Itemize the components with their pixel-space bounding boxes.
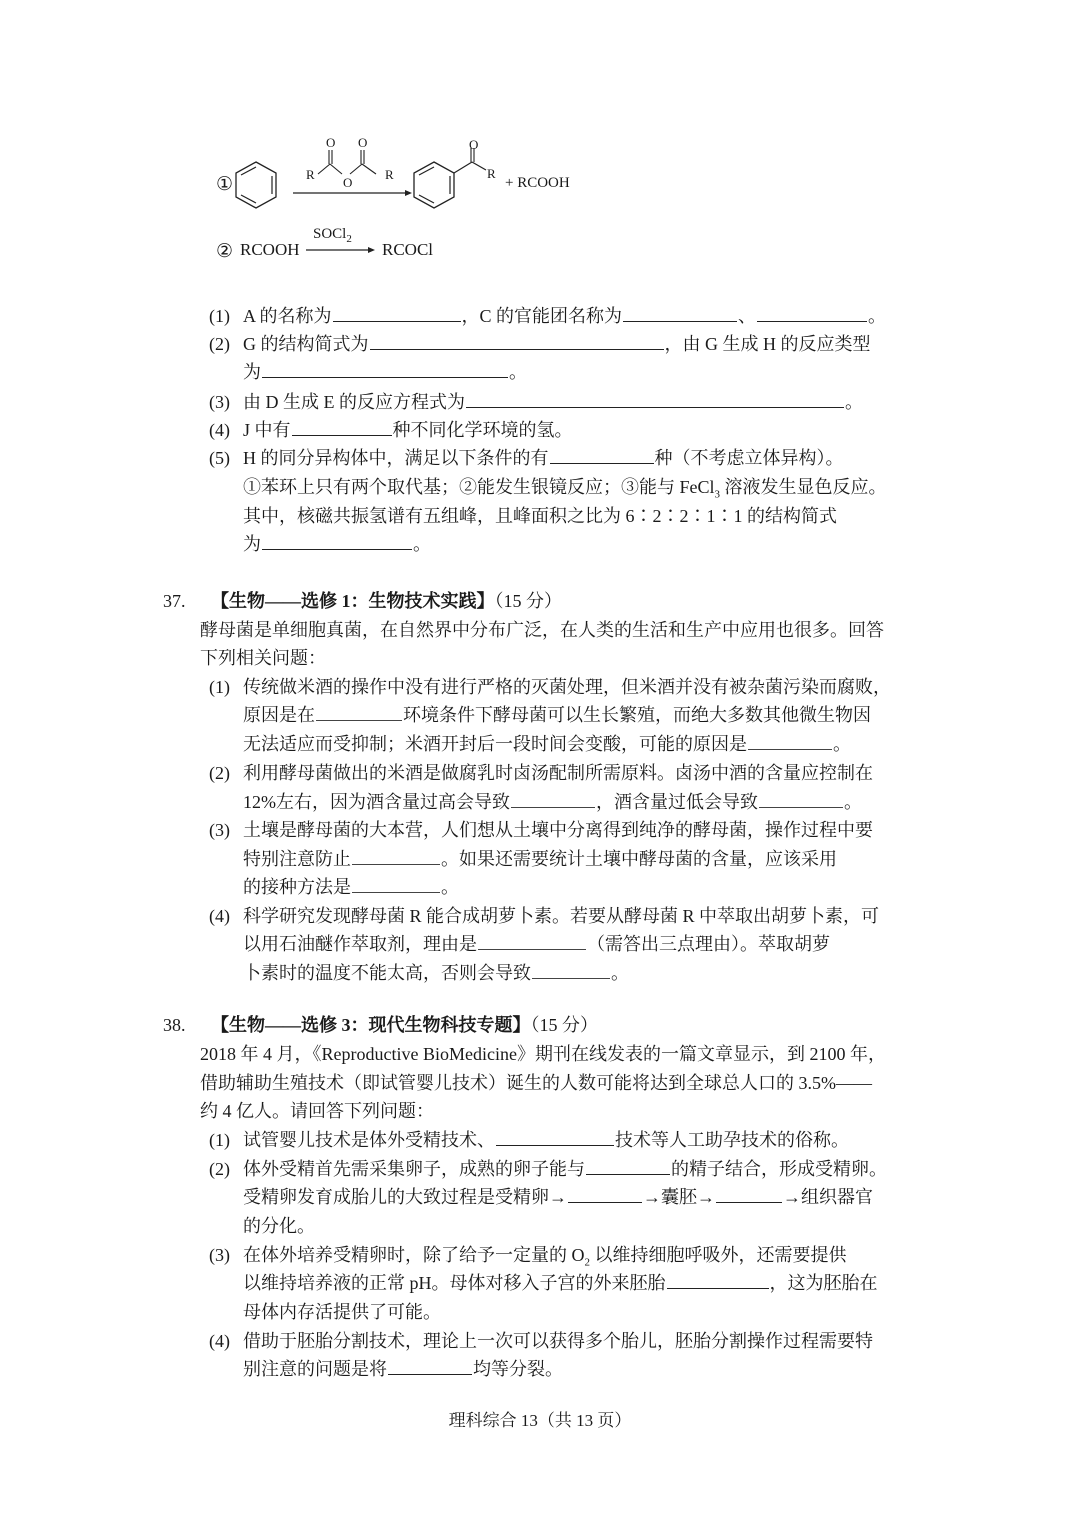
q37-part-2: (2)利用酵母菌做出的米酒是做腐乳时卤汤配制所需原料。卤汤中酒的含量应控制在 <box>209 760 873 786</box>
answer-blank[interactable] <box>667 1270 769 1289</box>
q37-intro: 酵母菌是单细胞真菌，在自然界中分布广泛，在人类的生活和生产中应用也很多。回答 <box>200 617 884 643</box>
product-o: O <box>469 137 478 153</box>
q36-part-5-answer: 为。 <box>243 531 431 557</box>
q38-part-3-l2: 以维持培养液的正常 pH。母体对移入子宫的外来胚胎，这为胚胎在 <box>243 1270 878 1296</box>
reagent-o-1: O <box>326 135 335 151</box>
q36-part-5-nmr: 其中，核磁共振氢谱有五组峰，且峰面积之比为 6∶2∶2∶1∶1 的结构简式 <box>243 503 837 529</box>
answer-blank[interactable] <box>478 931 586 950</box>
q36-part-5-conditions: ①苯环上只有两个取代基；②能发生银镜反应；③能与 FeCl3 溶液发生显色反应。 <box>243 474 887 500</box>
benzene-ring-icon <box>232 158 282 212</box>
answer-blank[interactable] <box>370 331 664 350</box>
answer-blank[interactable] <box>352 874 440 893</box>
arrow-icon <box>306 245 376 255</box>
product-r: R <box>487 166 496 182</box>
reagent-r-left: R <box>306 167 315 183</box>
reaction-1-marker: ① <box>216 173 233 196</box>
q38-intro-cont: 借助辅助生殖技术（即试管婴儿技术）诞生的人数可能将达到全球总人口的 3.5%—— <box>200 1070 872 1096</box>
q36-part-1: (1)A 的名称为，C 的官能团名称为、。 <box>209 303 886 329</box>
answer-blank[interactable] <box>568 1184 642 1203</box>
answer-blank[interactable] <box>466 389 844 408</box>
anhydride-reagent-icon <box>296 136 416 196</box>
reaction-2-marker: ② <box>216 240 233 263</box>
q38-part-2-l3: 的分化。 <box>243 1213 315 1239</box>
q38-part-2: (2)体外受精首先需采集卵子，成熟的卵子能与的精子结合，形成受精卵。 <box>209 1156 887 1182</box>
q38-intro-cont2: 约 4 亿人。请回答下列问题： <box>200 1098 434 1124</box>
q37-part-2-l2: 12%左右，因为酒含量过高会导致，酒含量过低会导致。 <box>243 789 862 815</box>
answer-blank[interactable] <box>496 1127 614 1146</box>
q37-part-1: (1)传统做米酒的操作中没有进行严格的灭菌处理，但米酒并没有被杂菌污染而腐败， <box>209 674 891 700</box>
q38-intro: 2018 年 4 月，《Reproductive BioMedicine》期刊在… <box>200 1041 886 1067</box>
q38-part-4: (4)借助于胚胎分割技术，理论上一次可以获得多个胎儿，胚胎分割操作过程需要特 <box>209 1328 873 1354</box>
q36-part-3: (3)由 D 生成 E 的反应方程式为。 <box>209 389 863 415</box>
q38-part-3-l3: 母体内存活提供了可能。 <box>243 1299 441 1325</box>
q38-title: 【生物——选修 3：现代生物科技专题】 <box>211 1015 531 1035</box>
q36-part-2: (2)G 的结构简式为，由 G 生成 H 的反应类型 <box>209 331 871 357</box>
q37-score: （15 分） <box>495 591 563 611</box>
answer-blank[interactable] <box>623 303 737 322</box>
q38-part-3: (3)在体外培养受精卵时，除了给予一定量的 O2 以维持细胞呼吸外，还需要提供 <box>209 1242 847 1268</box>
answer-blank[interactable] <box>748 731 832 750</box>
q38-part-1: (1)试管婴儿技术是体外受精技术、技术等人工助孕技术的俗称。 <box>209 1127 849 1153</box>
q37-intro-cont: 下列相关问题： <box>200 645 326 671</box>
q37-part-3-l2: 特别注意防止。如果还需要统计土壤中酵母菌的含量，应该采用 <box>243 846 837 872</box>
reaction-2-reagent: SOCl2 <box>313 226 352 245</box>
q37-part-3-l3: 的接种方法是。 <box>243 874 459 900</box>
answer-blank[interactable] <box>333 303 461 322</box>
reaction-2-product: RCOCl <box>382 240 433 260</box>
q37-part-4-l3: 卜素时的温度不能太高，否则会导致。 <box>243 960 629 986</box>
q38-part-4-l2: 别注意的问题是将均等分裂。 <box>243 1356 563 1382</box>
q36-part-4: (4)J 中有种不同化学环境的氢。 <box>209 417 573 443</box>
answer-blank[interactable] <box>759 789 843 808</box>
page-footer: 理科综合 13（共 13 页） <box>0 1406 1080 1431</box>
answer-blank[interactable] <box>352 846 440 865</box>
answer-blank[interactable] <box>586 1156 670 1175</box>
q37-part-4-l2: 以用石油醚作萃取剂，理由是（需答出三点理由）。萃取胡萝 <box>243 931 830 957</box>
q37-title: 【生物——选修 1：生物技术实践】 <box>211 591 495 611</box>
answer-blank[interactable] <box>532 960 610 979</box>
q37-part-3: (3)土壤是酵母菌的大本营，人们想从土壤中分离得到纯净的酵母菌，操作过程中要 <box>209 817 873 843</box>
answer-blank[interactable] <box>292 417 392 436</box>
q37-heading: 37.【生物——选修 1：生物技术实践】（15 分） <box>163 588 562 614</box>
q36-part-2-cont: 为。 <box>243 359 527 385</box>
answer-blank[interactable] <box>511 789 595 808</box>
q36-part-5: (5)H 的同分异构体中，满足以下条件的有种（不考虑立体异构）。 <box>209 445 844 471</box>
q37-part-1-l2: 原因是在环境条件下酵母菌可以生长繁殖，而绝大多数其他微生物因 <box>243 702 871 728</box>
arrow-icon <box>293 188 413 198</box>
q38-score: （15 分） <box>531 1015 599 1035</box>
answer-blank[interactable] <box>316 702 402 721</box>
byproduct: + RCOOH <box>505 175 570 192</box>
answer-blank[interactable] <box>716 1184 782 1203</box>
q37-part-4: (4)科学研究发现酵母菌 R 能合成胡萝卜素。若要从酵母菌 R 中萃取出胡萝卜素… <box>209 903 879 929</box>
answer-blank[interactable] <box>757 303 867 322</box>
answer-blank[interactable] <box>550 445 654 464</box>
q38-part-2-l2: 受精卵发育成胎儿的大致过程是受精卵→→囊胚→→组织器官 <box>243 1184 873 1210</box>
answer-blank[interactable] <box>388 1356 472 1375</box>
answer-blank[interactable] <box>262 531 412 550</box>
reagent-r-right: R <box>385 167 394 183</box>
reagent-o-2: O <box>358 135 367 151</box>
answer-blank[interactable] <box>262 359 508 378</box>
q37-part-1-l3: 无法适应而受抑制；米酒开封后一段时间会变酸，可能的原因是。 <box>243 731 851 757</box>
q38-heading: 38.【生物——选修 3：现代生物科技专题】（15 分） <box>163 1012 598 1038</box>
reaction-2-reactant: RCOOH <box>240 240 300 260</box>
